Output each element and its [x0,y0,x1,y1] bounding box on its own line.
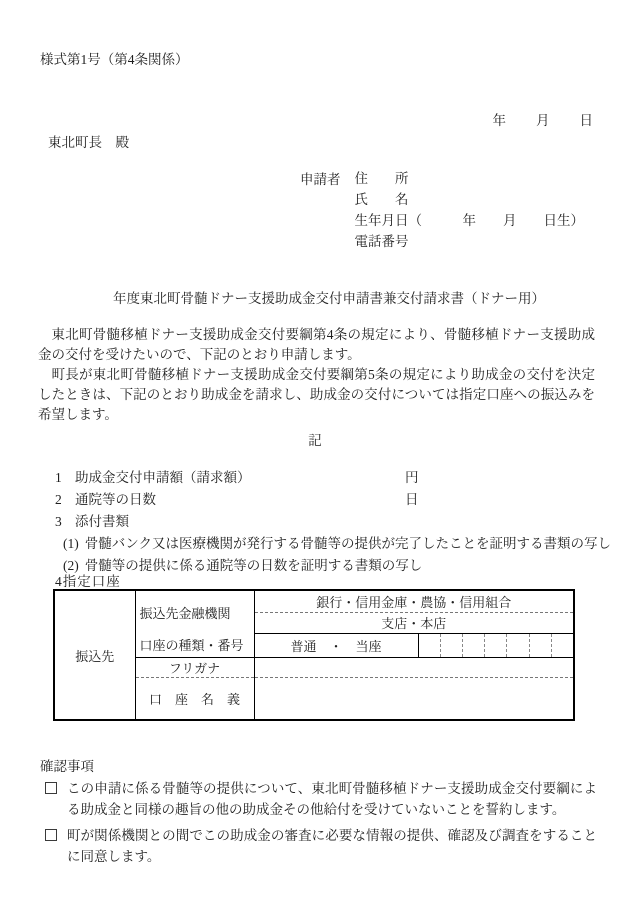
confirmation-item-consent: 町が関係機関との間でこの助成金の審査に必要な情報の提供、確認及び調査をすることに… [40,825,597,867]
item-list: 1助成金交付申請額（請求額）円 2通院等の日数日 3添付書類 (1)骨髄バンク又… [55,467,595,577]
applicant-phone-label: 電話番号 [355,231,585,252]
application-form-page: 様式第1号（第4条関係） 年 月 日 東北町長 殿 申請者 住 所 氏 名 生年… [0,0,630,903]
bank-account-table: 振込先 振込先金融機関 銀行・信用金庫・農協・信用組合 支店・本店 口座の種類・… [53,589,575,721]
account-type-wrap: 普通 ・ 当座 [255,634,574,657]
item-number: 3 [55,511,75,533]
applicant-birthdate-label: 生年月日（ 年 月 日生） [355,210,585,231]
account-holder-label: 口 座 名 義 [135,677,254,720]
payee-row-header: 振込先 [54,590,135,720]
paragraph-request: 町長が東北町骨髄移植ドナー支援助成金交付要綱第5条の規定により助成金の交付を決定… [38,365,595,425]
furigana-label: フリガナ [135,657,254,677]
ki-divider-label: 記 [0,429,630,449]
attachment-number: (1) [63,536,79,551]
document-title: 年度東北町骨髄ドナー支援助成金交付申請書兼交付請求書（ドナー用） [0,287,630,307]
account-number-box [551,634,573,657]
applicant-block: 申請者 住 所 氏 名 生年月日（ 年 月 日生） 電話番号 [300,168,584,252]
bank-institution-label: 振込先金融機関 [135,590,254,633]
branch-options: 支店・本店 [254,612,574,633]
confirmation-list: この申請に係る骨髄等の提供について、東北町骨髄移植ドナー支援助成金交付要綱による… [40,778,597,872]
consent-text: 町が関係機関との間でこの助成金の審査に必要な情報の提供、確認及び調査をすることに… [67,825,597,867]
list-item-days: 2通院等の日数日 [55,489,595,511]
item-unit-day: 日 [405,489,419,511]
account-type-options: 普通 ・ 当座 [255,634,419,657]
account-number-box [484,634,506,657]
applicant-label: 申請者 [300,168,341,252]
paragraph-application: 東北町骨髄移植ドナー支援助成金交付要綱第4条の規定により、骨髄移植ドナー支援助成… [38,325,595,365]
pledge-text: この申請に係る骨髄等の提供について、東北町骨髄移植ドナー支援助成金交付要綱による… [67,778,597,820]
account-number-box [419,634,440,657]
attachment-text: 骨髄等の提供に係る通院等の日数を証明する書類の写し [85,558,423,573]
list-item-amount: 1助成金交付申請額（請求額）円 [55,467,595,489]
applicant-fields: 住 所 氏 名 生年月日（ 年 月 日生） 電話番号 [355,168,585,252]
item-label: 通院等の日数 [75,492,156,507]
consent-checkbox[interactable] [45,829,57,841]
furigana-blank-cell [254,657,574,677]
body-paragraphs: 東北町骨髄移植ドナー支援助成金交付要綱第4条の規定により、骨髄移植ドナー支援助成… [38,325,595,425]
item-number: 1 [55,467,75,489]
confirmation-item-pledge: この申請に係る骨髄等の提供について、東北町骨髄移植ドナー支援助成金交付要綱による… [40,778,597,820]
attachment-item-1: (1)骨髄バンク又は医療機関が発行する骨髄等の提供が完了したことを証明する書類の… [55,533,595,555]
date-field: 年 月 日 [493,109,595,129]
item-number: 2 [55,489,75,511]
item-label: 助成金交付申請額（請求額） [75,470,251,485]
applicant-name-label: 氏 名 [355,189,585,210]
account-number-box [529,634,551,657]
account-type-and-number-cell: 普通 ・ 当座 [254,633,574,657]
account-number-box [462,634,484,657]
account-type-label: 口座の種類・番号 [135,633,254,657]
form-number: 様式第1号（第4条関係） [40,48,189,68]
attachment-item-2: (2)骨髄等の提供に係る通院等の日数を証明する書類の写し [55,555,595,577]
recipient-line: 東北町長 殿 [48,131,129,151]
account-holder-blank-cell [254,677,574,720]
confirmation-heading: 確認事項 [40,755,94,775]
pledge-checkbox[interactable] [45,782,57,794]
attachment-text: 骨髄バンク又は医療機関が発行する骨髄等の提供が完了したことを証明する書類の写し [85,536,611,551]
account-number-box [506,634,528,657]
account-number-box [440,634,462,657]
bank-institution-options: 銀行・信用金庫・農協・信用組合 [254,590,574,612]
applicant-address-label: 住 所 [355,168,585,189]
item-unit-yen: 円 [405,467,419,489]
list-item-attachments: 3添付書類 [55,511,595,533]
designated-account-heading: 4指定口座 [55,570,121,590]
table-row: 振込先 振込先金融機関 銀行・信用金庫・農協・信用組合 [54,590,574,612]
item-label: 添付書類 [75,514,129,529]
